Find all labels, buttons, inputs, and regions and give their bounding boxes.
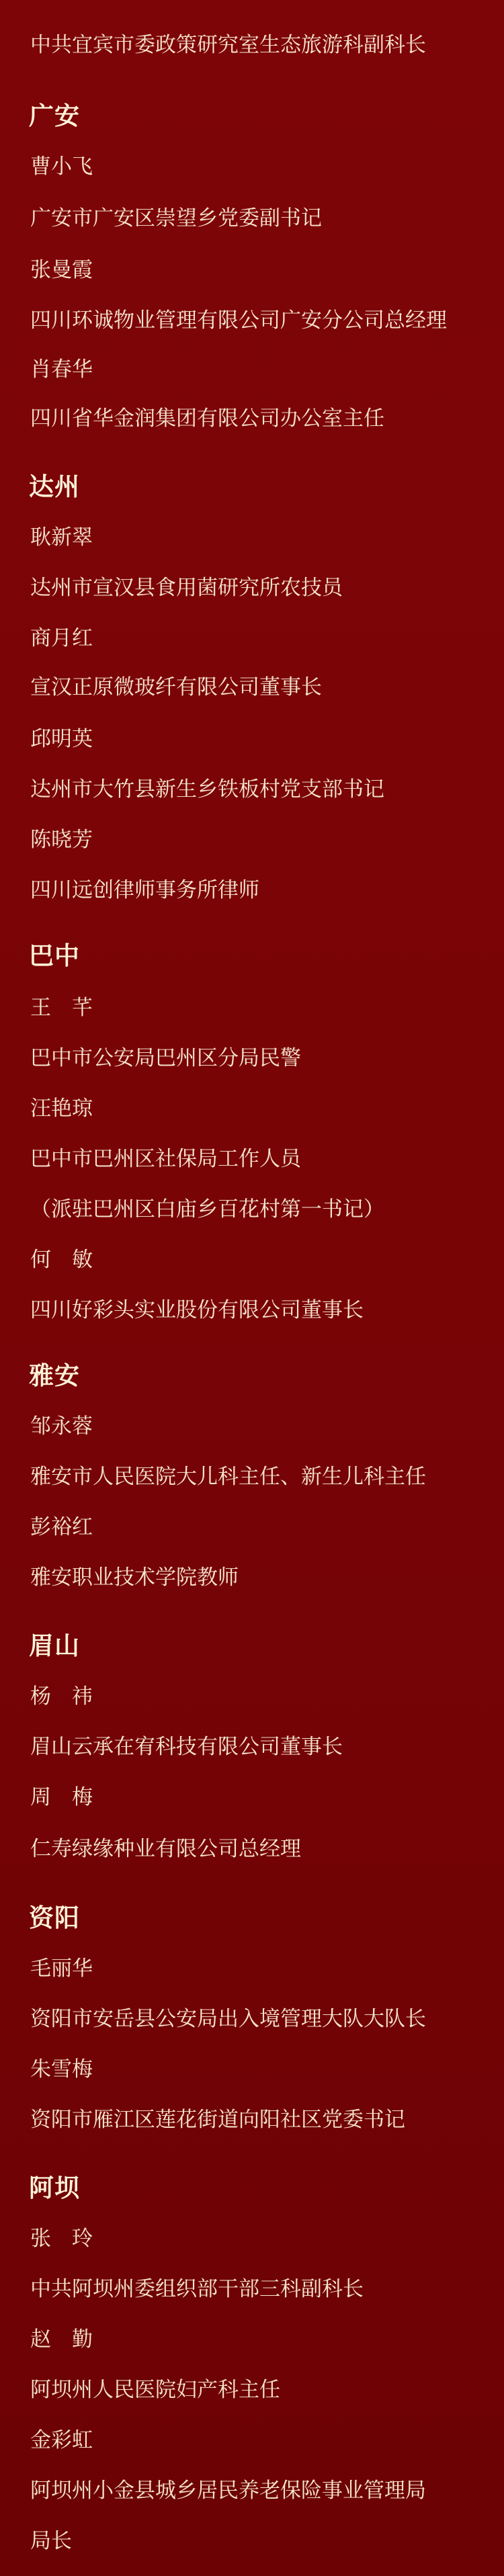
name-line: 邱明英 <box>30 726 93 753</box>
position-line: 资阳市安岳县公安局出入境管理大队大队长 <box>30 2006 426 2032</box>
name-line: 周 梅 <box>30 1784 93 1811</box>
name-line: 汪艳琼 <box>30 1095 93 1122</box>
position-line: 雅安市人民医院大儿科主任、新生儿科主任 <box>30 1463 426 1490</box>
position-line: 中共阿坝州委组织部干部三科副科长 <box>30 2276 364 2303</box>
name-line: 耿新翠 <box>30 524 93 551</box>
position-line: 阿坝州小金县城乡居民养老保险事业管理局 <box>30 2477 426 2504</box>
name-line: 邹永蓉 <box>30 1413 93 1440</box>
name-line: 张曼霞 <box>30 257 93 284</box>
position-line: 达州市宣汉县食用菌研究所农技员 <box>30 574 343 601</box>
name-line: 彭裕红 <box>30 1514 93 1541</box>
section-heading-guangan: 广安 <box>29 101 80 131</box>
position-line: 阿坝州人民医院妇产科主任 <box>30 2376 280 2403</box>
name-line: 张 玲 <box>30 2225 93 2252</box>
name-line: 毛丽华 <box>30 1955 93 1982</box>
position-line: 资阳市雁江区莲花街道向阳社区党委书记 <box>30 2106 405 2133</box>
name-line: 商月红 <box>30 625 93 652</box>
position-line: 四川远创律师事务所律师 <box>30 877 259 904</box>
position-line: 达州市大竹县新生乡铁板村党支部书记 <box>30 776 384 803</box>
section-heading-bazhong: 巴中 <box>29 941 80 971</box>
position-line: 四川环诚物业管理有限公司广安分公司总经理 <box>30 307 447 334</box>
section-heading-yaan: 雅安 <box>29 1361 80 1391</box>
name-line: 肖春华 <box>30 356 93 383</box>
name-line: 金彩虹 <box>30 2427 93 2454</box>
position-note-line: （派驻巴州区白庙乡百花村第一书记） <box>30 1196 384 1223</box>
name-line: 何 敏 <box>30 1246 93 1273</box>
name-line: 朱雪梅 <box>30 2056 93 2083</box>
position-line: 眉山云承在宥科技有限公司董事长 <box>30 1733 343 1760</box>
name-line: 曹小飞 <box>30 153 93 180</box>
name-line: 陈晓芳 <box>30 826 93 853</box>
position-line: 雅安职业技术学院教师 <box>30 1564 239 1591</box>
position-line: 仁寿绿缘种业有限公司总经理 <box>30 1836 301 1862</box>
name-line: 王 芊 <box>30 994 93 1021</box>
position-line: 四川好彩头实业股份有限公司董事长 <box>30 1297 364 1324</box>
section-heading-aba: 阿坝 <box>29 2174 80 2203</box>
position-line: 广安市广安区崇望乡党委副书记 <box>30 205 322 232</box>
section-heading-dazhou: 达州 <box>29 472 80 502</box>
section-heading-ziyang: 资阳 <box>29 1903 80 1933</box>
position-line: 巴中市公安局巴州区分局民警 <box>30 1045 301 1072</box>
position-line: 四川省华金润集团有限公司办公室主任 <box>30 405 384 432</box>
name-line: 杨 祎 <box>30 1683 93 1710</box>
position-line: 宣汉正原微玻纤有限公司董事长 <box>30 674 322 701</box>
section-heading-meishan: 眉山 <box>29 1631 80 1661</box>
position-line-continued: 局长 <box>30 2528 72 2554</box>
position-line: 中共宜宾市委政策研究室生态旅游科副科长 <box>30 32 426 58</box>
position-line: 巴中市巴州区社保局工作人员 <box>30 1146 301 1172</box>
name-line: 赵 勤 <box>30 2326 93 2353</box>
